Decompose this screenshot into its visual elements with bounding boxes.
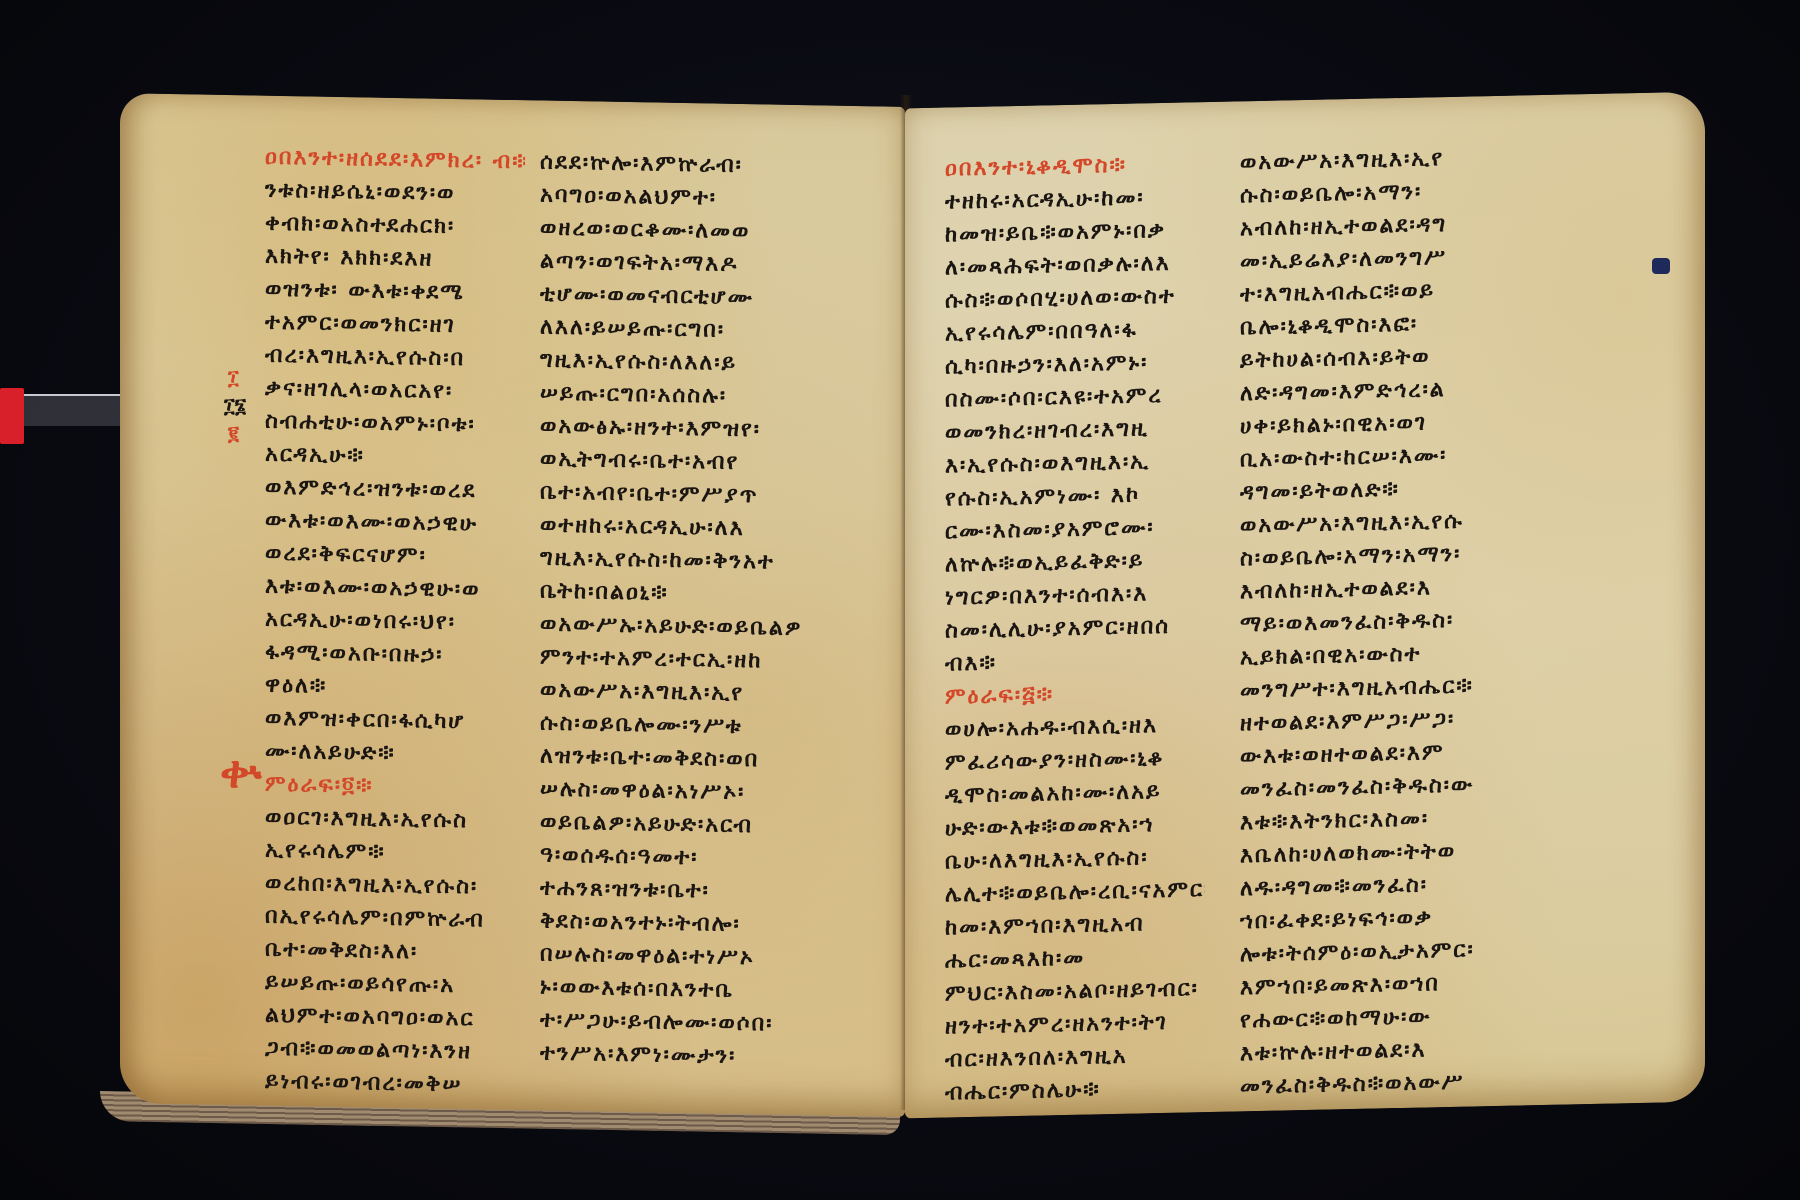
text-line: የሐውር፨ወከማሁ፡ው: [1240, 999, 1500, 1037]
text-line: አርዳኢሁ፨: [265, 438, 525, 476]
text-line: ርሙ፡እስመ፡ያአምሮሙ፡: [945, 510, 1205, 548]
left-page-column-2: ሰደደ፡ኵሎ፡እምኵራብ፡አባግዐ፡ወአልህምተ፡ወዘረወ፡ወርቆሙ፡ለመወልጣ…: [540, 145, 800, 1074]
right-page-column-2: ወአውሥአ፡እግዚእ፡ኢየሱስ፡ወይቤሎ፡አማን፡አብለከ፡ዘኢተወልደ፡ዳግመ…: [1240, 141, 1500, 1103]
text-line: ሱስ፨ወሶበሂ፡ሀለወ፡ውስተ: [945, 279, 1205, 317]
text-line: ግዚእ፡ኢየሱስ፡ከመ፡ቅንአተ: [540, 541, 800, 579]
left-page-column-1: ዐበእንተ፡ዘሰደደ፡እምክረ፡ ብ፨ ንቱስ፡ዘይሴኒ፡ወደን፡ወቀብክ፡ወአ…: [265, 141, 525, 1117]
red-clip: [0, 388, 24, 444]
text-line: ቲሆሙ፡ወመናብርቲሆሙ: [540, 277, 800, 315]
right-page-column-1: ዐበእንተ፡ኒቆዲሞስ፨ ተዘከሩ፡አርዳኢሁ፡ከመ፡ከመዝ፡ይቤ፨ወአምኑ፡በ…: [945, 147, 1205, 1109]
text-line: ከመዝ፡ይቤ፨ወአምኑ፡በቃ: [945, 213, 1205, 251]
text-line: ቤተ፡አብየ፡ቤተ፡ምሥያጥ: [540, 475, 800, 513]
margin-note: ፲: [228, 365, 239, 389]
text-line: ኢየሩሳሌም፡በበዓለ፡ፋ: [945, 312, 1205, 350]
text-lines: ሰደደ፡ኵሎ፡እምኵራብ፡አባግዐ፡ወአልህምተ፡ወዘረወ፡ወርቆሙ፡ለመወልጣ…: [540, 145, 800, 1074]
text-line: ቤሁ፡ለእግዚእ፡ኢየሱስ፡: [945, 840, 1205, 878]
text-line: ሙ፡ለአይሁድ፨: [265, 735, 525, 773]
text-line: ወእምዝ፡ቀርበ፡ፋሲካሆ: [265, 702, 525, 740]
text-lines: ተዘከሩ፡አርዳኢሁ፡ከመ፡ከመዝ፡ይቤ፨ወአምኑ፡በቃለ፡መጻሕፍት፡ወበቃሉ…: [945, 180, 1205, 1109]
text-line: ሱስ፡ወይቤሎሙ፡ንሥቱ: [540, 706, 800, 744]
margin-note: ቍ: [220, 747, 262, 799]
text-line: ለዱ፡ዳግመ፨መንፈስ፡: [1240, 867, 1500, 905]
text-line: ብሔር፡ምስሌሁ፨: [945, 1071, 1205, 1109]
text-line: ውእቱ፡ወእሙ፡ወአኃዊሁ: [265, 504, 525, 542]
text-line: ተአምር፡ወመንክር፡ዘገ: [265, 306, 525, 344]
text-line: ለኵሉ፨ወኢይፈቅድ፡ይ: [945, 543, 1205, 581]
text-line: ንቱስ፡ዘይሴኒ፡ወደን፡ወ: [265, 174, 525, 212]
text-line: መንግሥተ፡እግዚአብሔር፨: [1240, 669, 1500, 707]
text-line: አብለከ፡ዘኢተወልደ፡ዳግ: [1240, 207, 1500, 245]
text-line: ወአውሥአ፡እግዚእ፡ኢየ: [1240, 141, 1500, 179]
text-line: ተዘከሩ፡አርዳኢሁ፡ከመ፡: [945, 180, 1205, 218]
text-line: ሠሉስ፡መዋዕል፡አነሥኦ፡: [540, 772, 800, 810]
text-line: እቱ፡ኵሉ፡ዘተወልደ፡እ: [1240, 1032, 1500, 1070]
text-line: አርዳኢሁ፡ወነበሩ፡ህየ፡: [265, 603, 525, 641]
text-line: ብእ፨: [945, 642, 1205, 680]
text-line: ማይ፡ወእመንፈስ፡ቅዱስ፡: [1240, 603, 1500, 641]
text-line: ዓ፡ወሰዱሰ፡ዓመተ፡: [540, 838, 800, 876]
margin-note: ፪: [228, 421, 239, 445]
text-line: ተ፡እግዚአብሔር፨ወይ: [1240, 273, 1500, 311]
text-line: ስብሐቲሁ፡ወአምኑ፡ቦቱ፡: [265, 405, 525, 443]
text-line: ሁድ፡ውእቱ፨ወመጽአ፡ኀ: [945, 807, 1205, 845]
text-line: ኢየሩሳሌም፨: [265, 834, 525, 872]
text-line: ተንሥአ፡እምነ፡ሙታን፡: [540, 1036, 800, 1074]
text-line: ወአውሥአ፡እግዚእ፡ኢየሱ: [1240, 504, 1500, 542]
text-line: ኀበ፡ፈቀደ፡ይነፍኅ፡ወቃ: [1240, 900, 1500, 938]
text-line: ተሐንጸ፡ዝንቱ፡ቤተ፡: [540, 871, 800, 909]
text-line: ምህር፡እስመ፡አልቦ፡ዘይገብር፡: [945, 972, 1205, 1010]
text-line: ቀብክ፡ወአስተደሐርክ፡: [265, 207, 525, 245]
text-line: ፋዳሚ፡ወአቡ፡በዙኃ፡: [265, 636, 525, 674]
text-line: ወዝንቱ፡ ውእቱ፡ቀደሜ: [265, 273, 525, 311]
text-line: እቤለከ፡ሀለወክሙ፡ትትወ: [1240, 834, 1500, 872]
text-line: መንፈስ፡መንፈስ፡ቅዱስ፡ው: [1240, 768, 1500, 806]
text-line: ስመ፡ሊሊሁ፡ያአምር፡ዘበሰ: [945, 609, 1205, 647]
text-line: ይነብሩ፡ወገብረ፡መቅሠ: [265, 1065, 525, 1103]
text-line: ወመንክረ፡ዘገብረ፡እግዚ: [945, 411, 1205, 449]
text-lines: ወአውሥአ፡እግዚእ፡ኢየሱስ፡ወይቤሎ፡አማን፡አብለከ፡ዘኢተወልደ፡ዳግመ…: [1240, 141, 1500, 1103]
text-line: እምኀበ፡ይመጽእ፡ወኀበ: [1240, 966, 1500, 1004]
text-line: ሌሊተ፨ወይቤሎ፡ረቢ፡ናአምር፡: [945, 873, 1205, 911]
section-heading: ዐበእንተ፡ዘሰደደ፡እምክረ፡ ብ፨: [265, 141, 525, 179]
text-line: አባግዐ፡ወአልህምተ፡: [540, 178, 800, 216]
text-line: ቃና፡ዘገሊላ፡ወአርአየ፡: [265, 372, 525, 410]
text-line: ከመ፡እምኀበ፡እግዚአብ: [945, 906, 1205, 944]
text-line: ሎቱ፡ትሰምዕ፡ወኢታአምር፡: [1240, 933, 1500, 971]
text-line: ለ፡መጻሕፍት፡ወበቃሉ፡ለእ: [945, 246, 1205, 284]
text-line: በሠሉስ፡መዋዕል፡ተነሥኦ: [540, 937, 800, 975]
text-line: ዘንተ፡ተአምረ፡ዘአንተ፡ትገ: [945, 1005, 1205, 1043]
text-line: የሱስ፡ኢአምነሙ፡ እኮ: [945, 477, 1205, 515]
text-line: ወረደ፡ቅፍርናሆም፡: [265, 537, 525, 575]
text-line: ምፈሪሳውያን፡ዘስሙ፡ኒቆ: [945, 741, 1205, 779]
text-line: ሠይጡ፡ርግበ፡አሰስሉ፡: [540, 376, 800, 414]
text-line: ግዚእ፡ኢየሱስ፡ለእለ፡ይ: [540, 343, 800, 381]
text-line: ቤተ፡መቅደስ፡እለ፡: [265, 933, 525, 971]
text-line: ምዕራፍ፡፭፨: [945, 675, 1205, 713]
text-line: ዋዕለ፨: [265, 669, 525, 707]
text-line: ቢአ፡ውስተ፡ከርሠ፡እሙ፡: [1240, 438, 1500, 476]
text-line: ወዘረወ፡ወርቆሙ፡ለመወ: [540, 211, 800, 249]
text-line: ውእቱ፡ወዘተወልደ፡እም: [1240, 735, 1500, 773]
text-line: ይሠይጡ፡ወይሳየጡ፡አ: [265, 966, 525, 1004]
text-line: ሀቀ፡ይክልኑ፡በዊአ፡ወገ: [1240, 405, 1500, 443]
blue-ink-stain: [1652, 258, 1670, 274]
text-line: ወሀሎ፡አሐዱ፡ብእሲ፡ዘእ: [945, 708, 1205, 746]
text-line: ጋብ፨ወመወልጣነ፡እንዘ: [265, 1032, 525, 1070]
text-line: ምዕራፍ፡፬፨: [265, 768, 525, 806]
text-line: ለዝንቱ፡ቤተ፡መቅደስ፡ወበ: [540, 739, 800, 777]
text-line: ተ፡ሥጋሁ፡ይብሎሙ፡ወሶበ፡: [540, 1003, 800, 1041]
text-line: ወዐርገ፡እግዚእ፡ኢየሱስ: [265, 801, 525, 839]
text-line: ነግርዎ፡በእንተ፡ሰብእ፡እ: [945, 576, 1205, 614]
text-line: ቤትከ፡በልዐኒ፨: [540, 574, 800, 612]
text-line: እቱ፨እትንክር፡እስመ፡: [1240, 801, 1500, 839]
text-line: ብር፡ዘእንበለ፡እግዚአ: [945, 1038, 1205, 1076]
text-line: ኢይክል፡በዊአ፡ውስተ: [1240, 636, 1500, 674]
text-line: ወኢትግብሩ፡ቤተ፡አብየ: [540, 442, 800, 480]
text-line: ዳግመ፡ይትወለድ፨: [1240, 471, 1500, 509]
text-line: ቤሎ፡ኒቆዲሞስ፡እፎ፡: [1240, 306, 1500, 344]
text-line: ሲካ፡በዙኃን፡እለ፡አምኑ፡: [945, 345, 1205, 383]
text-line: ወረከበ፡እግዚእ፡ኢየሱስ፡: [265, 867, 525, 905]
text-line: ብረ፡እግዚእ፡ኢየሱስ፡በ: [265, 339, 525, 377]
text-line: ወአውፅኡ፡ዘንተ፡እምዝየ፡: [540, 409, 800, 447]
text-lines: ንቱስ፡ዘይሴኒ፡ወደን፡ወቀብክ፡ወአስተደሐርክ፡እክትየ፡ እክክ፡ደእዘ…: [265, 174, 525, 1117]
text-line: ዲሞስ፡መልአከ፡ሙ፡ለአይ: [945, 774, 1205, 812]
left-page: ዐበእንተ፡ዘሰደደ፡እምክረ፡ ብ፨ ንቱስ፡ዘይሴኒ፡ወደን፡ወቀብክ፡ወአ…: [120, 93, 905, 1117]
right-page: ዐበእንተ፡ኒቆዲሞስ፨ ተዘከሩ፡አርዳኢሁ፡ከመ፡ከመዝ፡ይቤ፨ወአምኑ፡በ…: [905, 92, 1705, 1119]
open-manuscript: ዐበእንተ፡ዘሰደደ፡እምክረ፡ ብ፨ ንቱስ፡ዘይሴኒ፡ወደን፡ወቀብክ፡ወአ…: [100, 100, 1720, 1110]
text-line: ስ፡ወይቤሎ፡አማን፡አማን፡: [1240, 537, 1500, 575]
text-line: በኢየሩሳሌም፡በምኵራብ: [265, 900, 525, 938]
text-line: ሱስ፡ወይቤሎ፡አማን፡: [1240, 174, 1500, 212]
text-line: መንፈስ፡ቅዱስ፨ወአውሥ: [1240, 1065, 1500, 1103]
text-line: ወተዘከሩ፡አርዳኢሁ፡ለእ: [540, 508, 800, 546]
text-line: ወእምድኅረ፡ዝንቱ፡ወረደ: [265, 471, 525, 509]
text-line: ወአውሥኡ፡አይሁድ፡ወይቤልዎ: [540, 607, 800, 645]
text-line: ልህምተ፡ወአባግዐ፡ወአር: [265, 999, 525, 1037]
text-line: እ፡ኢየሱስ፡ወእግዚእ፡ኢ: [945, 444, 1205, 482]
text-line: ቅደስ፡ወአንተኑ፡ትብሎ፡: [540, 904, 800, 942]
text-line: ሰደደ፡ኵሎ፡እምኵራብ፡: [540, 145, 800, 183]
text-line: ልጣን፡ወገፍትአ፡ማእዶ: [540, 244, 800, 282]
text-line: ይትከሀል፡ሰብእ፡ይትወ: [1240, 339, 1500, 377]
text-line: ምንተ፡ተአምረ፡ተርኢ፡ዘከ: [540, 640, 800, 678]
text-line: ሔር፡መጻእከ፡መ: [945, 939, 1205, 977]
text-line: ወይቤልዎ፡አይሁድ፡አርብ: [540, 805, 800, 843]
section-heading: ዐበእንተ፡ኒቆዲሞስ፨: [945, 147, 1205, 185]
text-line: እብለከ፡ዘኢተወልደ፡እ: [1240, 570, 1500, 608]
text-line: ዘተወልደ፡እምሥጋ፡ሥጋ፡: [1240, 702, 1500, 740]
text-line: እቱ፡ወእሙ፡ወአኃዊሁ፡ወ: [265, 570, 525, 608]
margin-note: ፲፮: [224, 393, 246, 417]
text-line: መ፡ኢይሬእያ፡ለመንግሥ: [1240, 240, 1500, 278]
text-line: እክትየ፡ እክክ፡ደእዘ: [265, 240, 525, 278]
text-line: ኑ፡ወውእቱሰ፡በእንተቤ: [540, 970, 800, 1008]
text-line: ለድ፡ዳግመ፡እምድኅረ፡ል: [1240, 372, 1500, 410]
text-line: ለእለ፡ይሠይጡ፡ርግበ፡: [540, 310, 800, 348]
text-line: በስሙ፡ሶበ፡ርእዩ፡ተአምረ: [945, 378, 1205, 416]
text-line: ወአውሥአ፡እግዚእ፡ኢየ: [540, 673, 800, 711]
